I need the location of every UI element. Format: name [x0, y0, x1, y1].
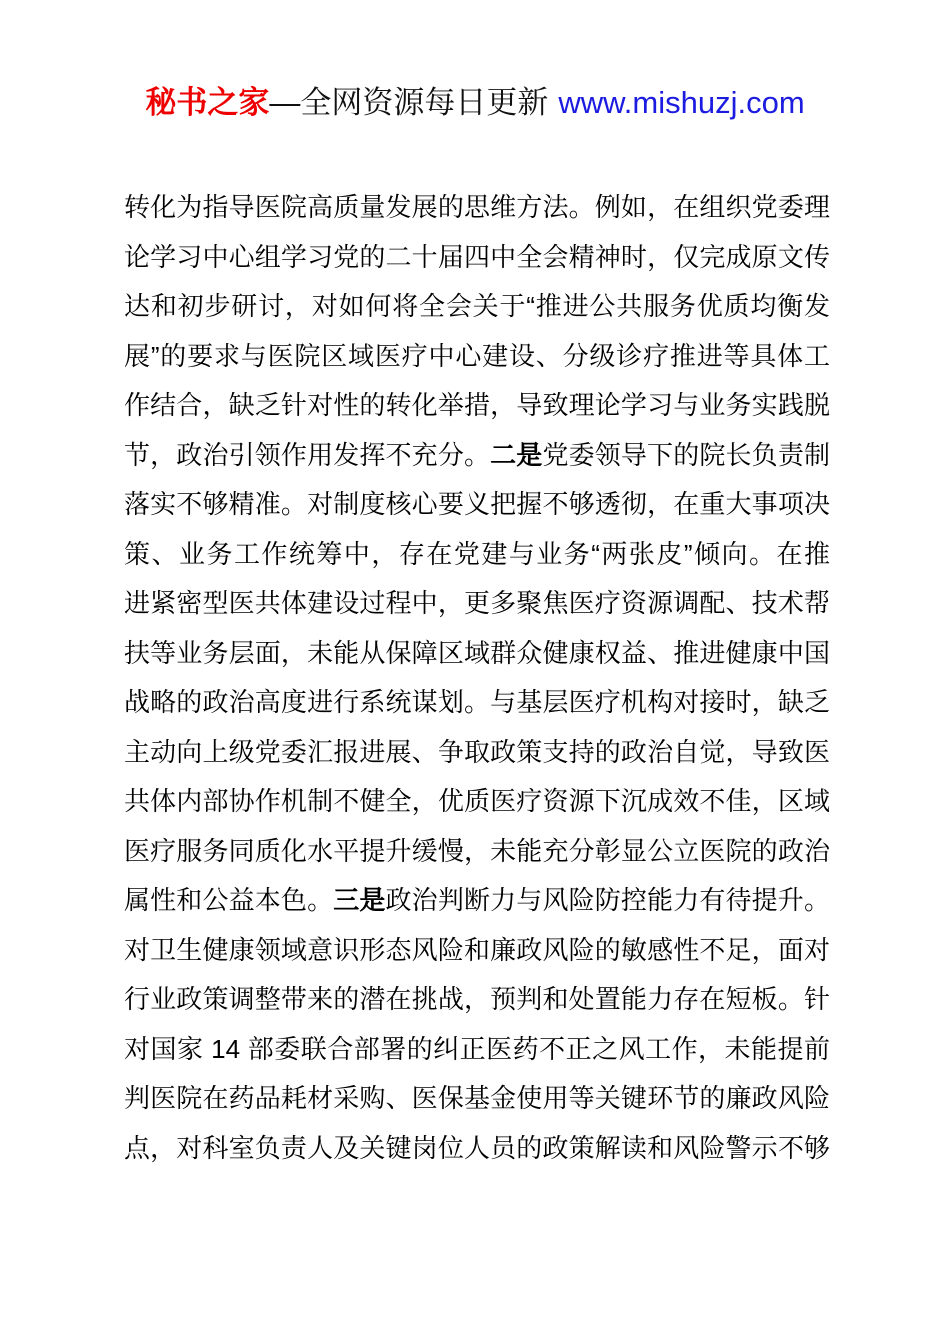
text-line: 行业政策调整带来的潜在挑战，预判和处置能力存在短板。针 [124, 975, 830, 1025]
text-line: 主动向上级党委汇报进展、争取政策支持的政治自觉，导致医 [124, 728, 830, 778]
text-line: 落实不够精准。对制度核心要义把握不够透彻，在重大事项决 [124, 480, 830, 530]
text-line: 转化为指导医院高质量发展的思维方法。例如，在组织党委理 [124, 183, 830, 233]
text-run: 政治判断力与风险防控能力有待提升。 [386, 885, 830, 915]
site-name: 秘书之家 [145, 85, 269, 120]
text-line: 对国家 14 部委联合部署的纠正医药不正之风工作，未能提前预 [124, 1025, 830, 1075]
document-body-text: 转化为指导医院高质量发展的思维方法。例如，在组织党委理论学习中心组学习党的二十届… [124, 183, 830, 1173]
text-line: 点，对科室负责人及关键岗位人员的政策解读和风险警示不够 [124, 1124, 830, 1174]
text-line: 属性和公益本色。三是政治判断力与风险防控能力有待提升。 [124, 876, 830, 926]
text-run: 属性和公益本色。 [124, 885, 333, 915]
site-url-link[interactable]: www.mishuzj.com [558, 85, 804, 120]
header-separator: — [269, 85, 300, 120]
text-line: 节，政治引领作用发挥不充分。二是党委领导下的院长负责制 [124, 431, 830, 481]
text-run: 策、业务工作统筹中，存在党建与业务“两张皮”倾向。在推 [124, 539, 830, 569]
text-line: 对卫生健康领域意识形态风险和廉政风险的敏感性不足，面对 [124, 926, 830, 976]
text-run: 转化为指导医院高质量发展的思维方法。例如，在组织党委理 [124, 192, 830, 222]
text-run: 进紧密型医共体建设过程中，更多聚焦医疗资源调配、技术帮 [124, 588, 830, 618]
text-run: 判医院在药品耗材采购、医保基金使用等关键环节的廉政风险 [124, 1083, 830, 1113]
site-header: 秘书之家—全网资源每日更新www.mishuzj.com [0, 84, 950, 122]
text-line: 扶等业务层面，未能从保障区域群众健康权益、推进健康中国 [124, 629, 830, 679]
text-line: 论学习中心组学习党的二十届四中全会精神时，仅完成原文传 [124, 233, 830, 283]
text-run: 展”的要求与医院区域医疗中心建设、分级诊疗推进等具体工 [124, 341, 830, 371]
text-run: 医疗服务同质化水平提升缓慢，未能充分彰显公立医院的政治 [124, 836, 830, 866]
text-run: 对卫生健康领域意识形态风险和廉政风险的敏感性不足，面对 [124, 935, 830, 965]
text-line: 进紧密型医共体建设过程中，更多聚焦医疗资源调配、技术帮 [124, 579, 830, 629]
text-line: 判医院在药品耗材采购、医保基金使用等关键环节的廉政风险 [124, 1074, 830, 1124]
text-line: 战略的政治高度进行系统谋划。与基层医疗机构对接时，缺乏 [124, 678, 830, 728]
text-line: 共体内部协作机制不健全，优质医疗资源下沉成效不佳，区域 [124, 777, 830, 827]
bold-emphasis: 三是 [333, 885, 385, 915]
text-run: 党委领导下的院长负责制 [542, 440, 830, 470]
text-run: 战略的政治高度进行系统谋划。与基层医疗机构对接时，缺乏 [124, 687, 830, 717]
text-line: 达和初步研讨，对如何将全会关于“推进公共服务优质均衡发 [124, 282, 830, 332]
text-run: 论学习中心组学习党的二十届四中全会精神时，仅完成原文传 [124, 242, 830, 272]
text-run: 共体内部协作机制不健全，优质医疗资源下沉成效不佳，区域 [124, 786, 830, 816]
text-line: 展”的要求与医院区域医疗中心建设、分级诊疗推进等具体工 [124, 332, 830, 382]
document-page: 秘书之家—全网资源每日更新www.mishuzj.com 转化为指导医院高质量发… [0, 0, 950, 1344]
text-run: 主动向上级党委汇报进展、争取政策支持的政治自觉，导致医 [124, 737, 830, 767]
text-run: 达和初步研讨，对如何将全会关于“推进公共服务优质均衡发 [124, 291, 830, 321]
text-line: 医疗服务同质化水平提升缓慢，未能充分彰显公立医院的政治 [124, 827, 830, 877]
text-run: 落实不够精准。对制度核心要义把握不够透彻，在重大事项决 [124, 489, 830, 519]
text-line: 作结合，缺乏针对性的转化举措，导致理论学习与业务实践脱 [124, 381, 830, 431]
text-run: 点，对科室负责人及关键岗位人员的政策解读和风险警示不够 [124, 1133, 830, 1163]
text-run: 扶等业务层面，未能从保障区域群众健康权益、推进健康中国 [124, 638, 830, 668]
text-run: 作结合，缺乏针对性的转化举措，导致理论学习与业务实践脱 [124, 390, 830, 420]
bold-emphasis: 二是 [490, 440, 542, 470]
text-line: 策、业务工作统筹中，存在党建与业务“两张皮”倾向。在推 [124, 530, 830, 580]
header-tagline: 全网资源每日更新 [300, 85, 548, 120]
text-run: 对国家 14 部委联合部署的纠正医药不正之风工作，未能提前预 [124, 1034, 830, 1075]
text-run: 行业政策调整带来的潜在挑战，预判和处置能力存在短板。针 [124, 984, 830, 1014]
text-run: 节，政治引领作用发挥不充分。 [124, 440, 490, 470]
